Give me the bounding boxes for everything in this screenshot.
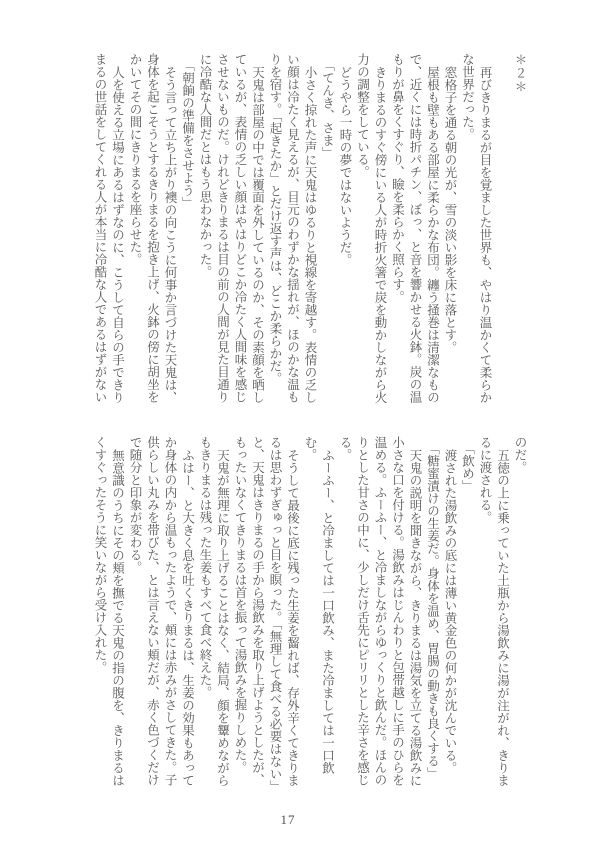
paragraph: そうして最後に底に残った生姜を齧れば、存外辛くてきりまるは思わずぎゅっと目を瞑っ… <box>231 436 301 791</box>
paragraph: 無意識のうちにその頬を撫でる天鬼の指の腹を、きりまるはくすぐったそうに笑いながら… <box>91 436 126 791</box>
paragraph: 小さく掠れた声に天鬼はゆるりと視線を寄越す。表情の乏しい顔は冷たく見えるが、目元… <box>266 53 319 408</box>
paragraph: きりまるのすぐ傍にいる人が時折火箸で炭を動かしながら火力の調整をしている。 <box>353 53 388 408</box>
paragraph: そう言って立ち上がり襖の向こうに何事か言づけた天鬼は、身体を起こそうとするきりま… <box>126 53 179 408</box>
paragraph: 天鬼が無理に取り上げることはなく、結局、顔を顰めながらもきりまるは残った生姜もす… <box>196 436 231 791</box>
paragraph: 「てんき、さま」 <box>318 53 336 408</box>
paragraph: のだ。 <box>511 436 529 791</box>
paragraph: 「飲め」 <box>458 436 476 791</box>
paragraph: 屋根も壁もある部屋に柔らかな布団。纏う掻巻は清潔なもので、近くには時折パチン、ぼ… <box>388 53 441 408</box>
paragraph: ふはー、と大きく息を吐くきりまるは、生姜の効果もあってか身体の内から温もったよう… <box>126 436 196 791</box>
paragraph: 窓格子を通る朝の光が、雪の淡い影を床に落とす。 <box>441 53 459 408</box>
paragraph: 五徳の上に乗っていた土瓶から湯飲みに湯が注がれ、きりまるに渡される。 <box>476 436 511 791</box>
paragraph: 「糖蜜漬けの生姜だ。身体を温め、胃腸の動きも良くする」 <box>423 436 441 791</box>
paragraph: 「朝餉の準備をさせよう」 <box>178 53 196 408</box>
section-marker: ＊２＊ <box>511 53 529 408</box>
page-number: 17 <box>0 812 576 828</box>
text-block-top: ＊２＊ 再びきりまるが目を覚ました世界も、やはり温かくて柔らかな世界だった。窓格… <box>91 53 529 408</box>
text-block-bottom: のだ。五徳の上に乗っていた土瓶から湯飲みに湯が注がれ、きりまるに渡される。「飲め… <box>91 436 529 791</box>
book-page: ＊２＊ 再びきりまるが目を覚ました世界も、やはり温かくて柔らかな世界だった。窓格… <box>0 0 600 851</box>
paragraph: ふーふー、と冷ましては一口飲み、また冷ましては一口飲む。 <box>301 436 336 791</box>
paragraph: どうやら一時の夢ではないようだ。 <box>336 53 354 408</box>
paragraph: 渡された湯飲みの底には薄い黄金色の何かが沈んでいる。 <box>441 436 459 791</box>
paragraph: 再びきりまるが目を覚ました世界も、やはり温かくて柔らかな世界だった。 <box>458 53 493 408</box>
paragraph: 人を使える立場にあるはずなのに、こうして自らの手できりまるの世話をしてくれる人が… <box>91 53 126 408</box>
paragraph: 天鬼は部屋の中では覆面を外しているのか、その素顔を晒しているが、表情の乏しい顔は… <box>196 53 266 408</box>
paragraph: 天鬼の説明を聞きながら、きりまるは湯気を立てる湯飲みに小さな口を付ける。湯飲みは… <box>336 436 424 791</box>
